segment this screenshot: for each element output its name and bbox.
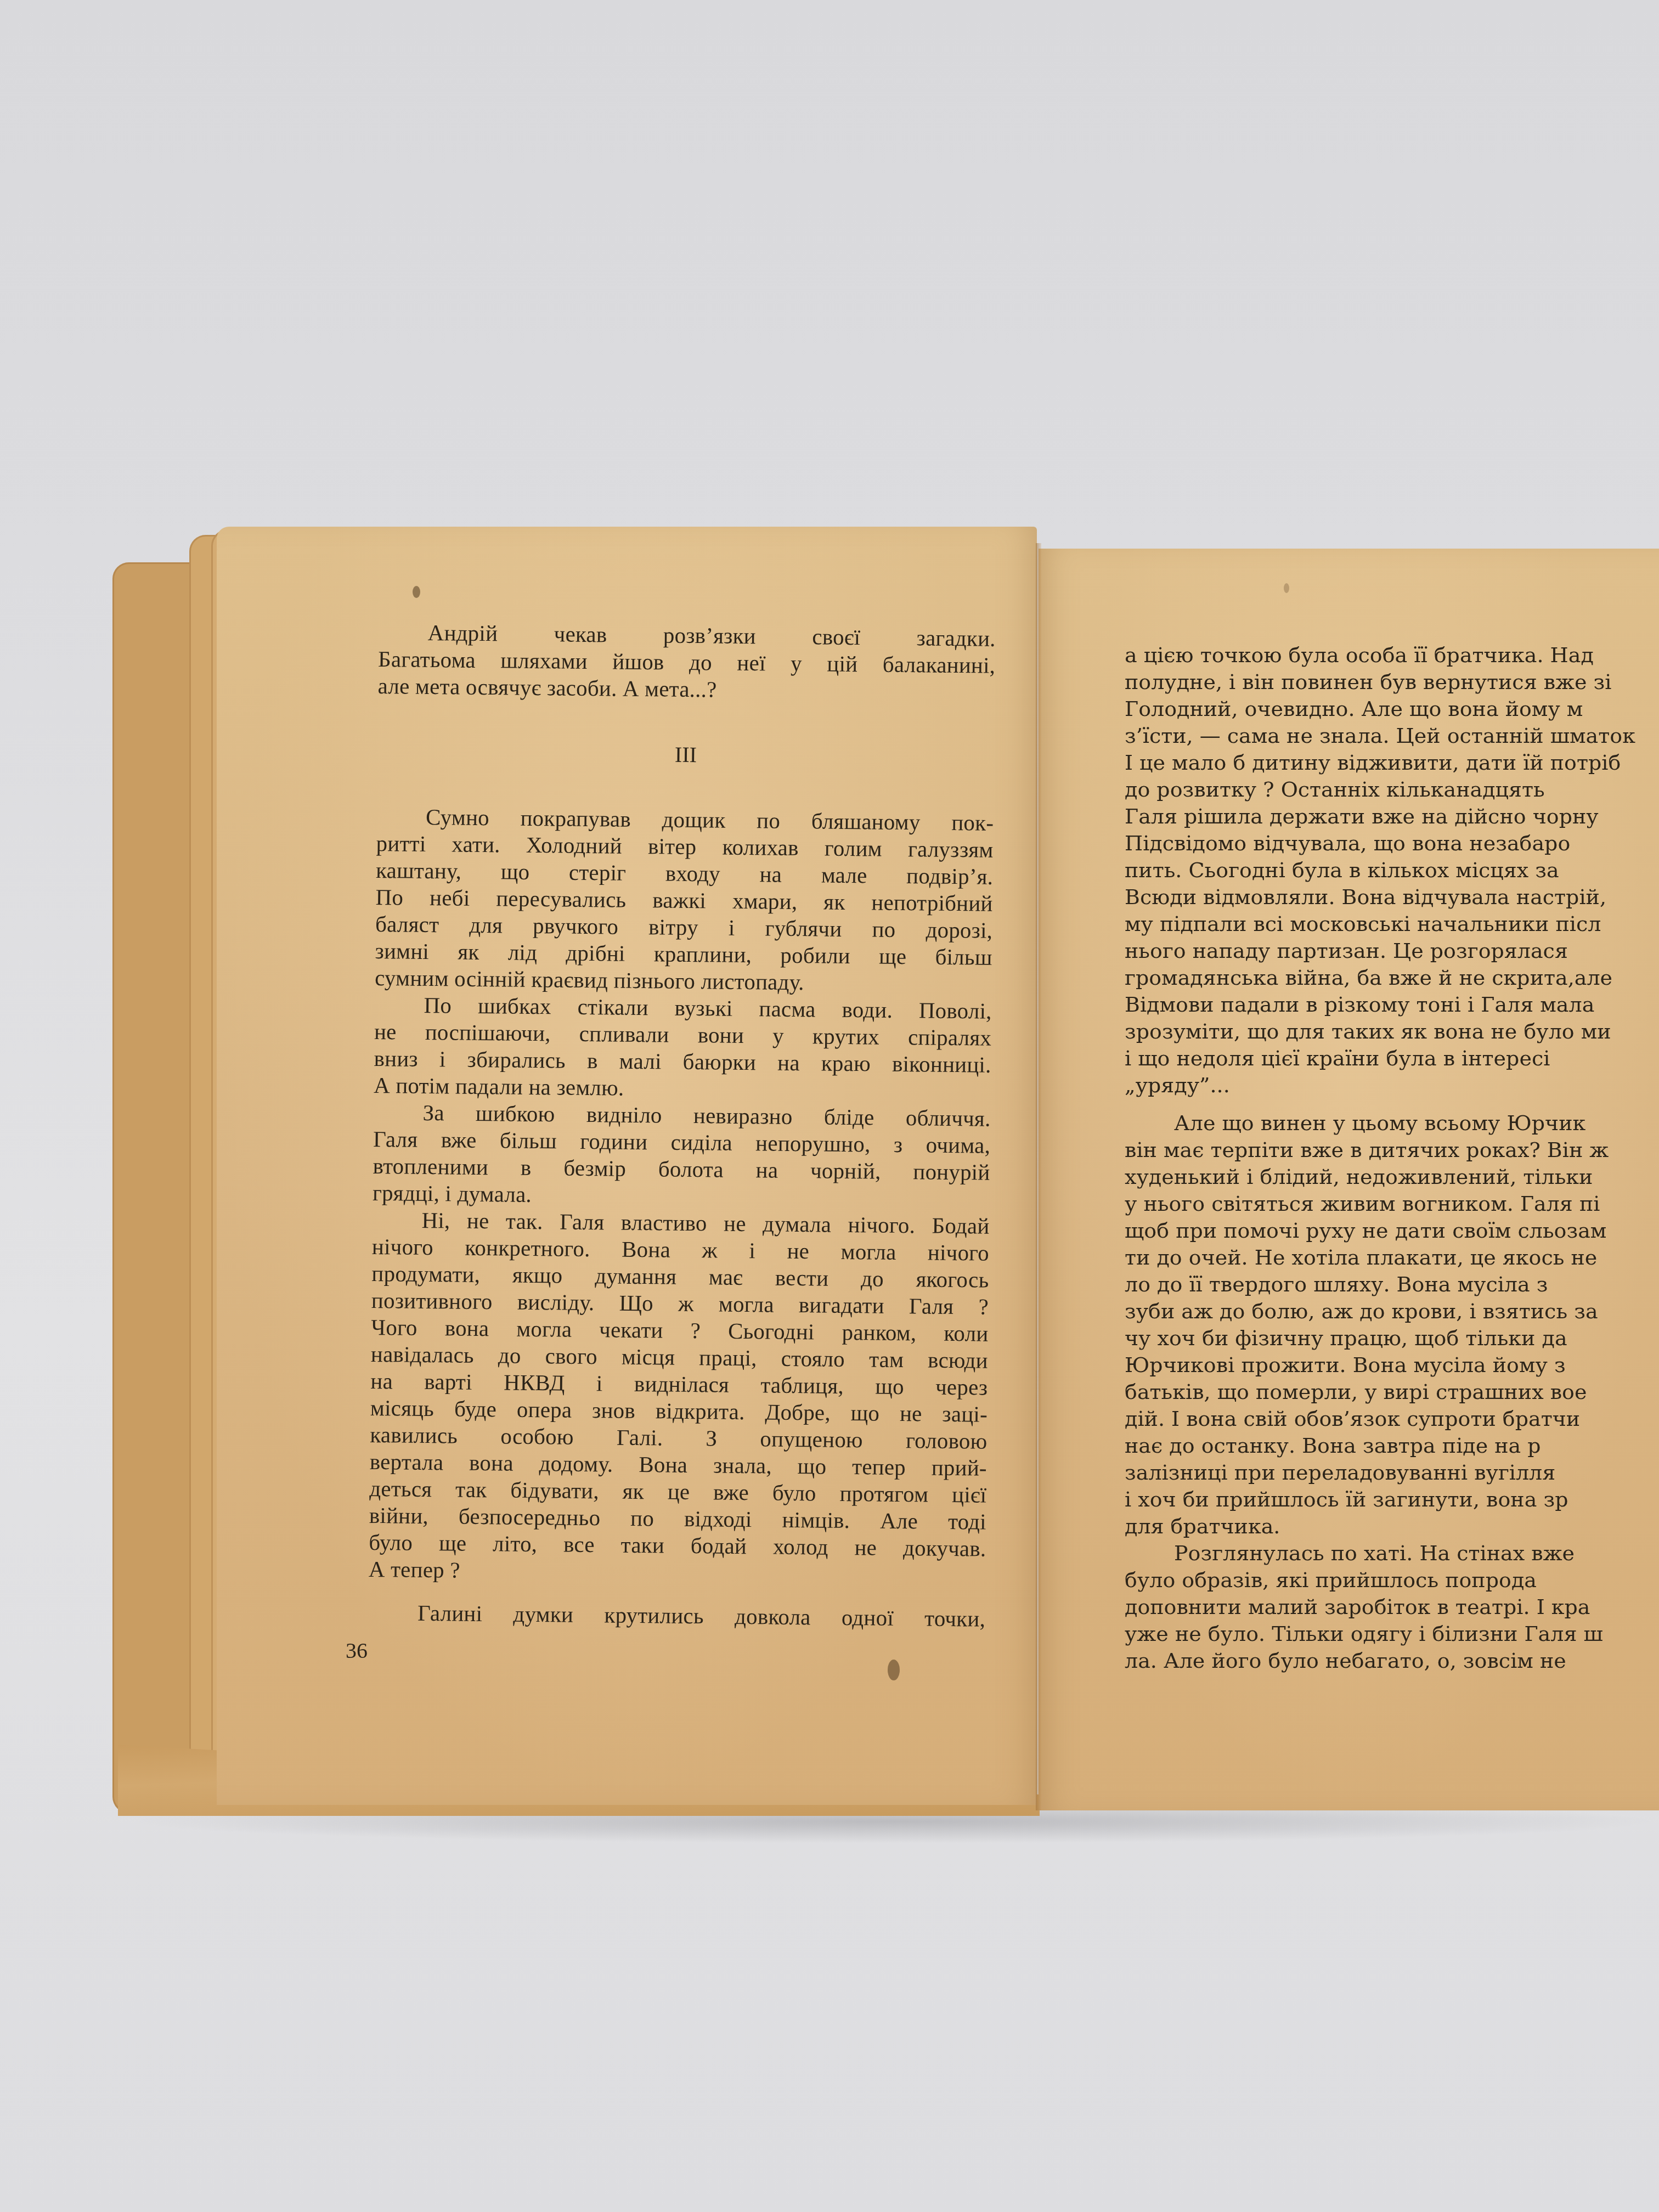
- left-page-text: Андрій чекав розв’язки своєї загадки. Ба…: [368, 619, 996, 1633]
- paragraph: Розглянулась по хаті. На стінах вже було…: [1125, 1540, 1659, 1674]
- text-line: громадянська війна, ба вже й не скрита,а…: [1125, 964, 1659, 991]
- paragraph: Андрій чекав розв’язки своєї загадки. Ба…: [377, 619, 995, 706]
- text-line: щоб при помочі руху не дати своїм сльоза…: [1125, 1217, 1659, 1244]
- text-line: до розвитку ? Останніх кільканадцять: [1125, 776, 1659, 803]
- text-line: уже не було. Тільки одягу і білизни Галя…: [1125, 1621, 1659, 1647]
- text-line: Розглянулась по хаті. На стінах вже: [1125, 1540, 1659, 1567]
- text-line: у нього світяться живим вогником. Галя п…: [1125, 1190, 1659, 1217]
- paragraph: Але що винен у цьому всьому Юрчик він ма…: [1125, 1110, 1659, 1540]
- text-line: „уряду”...: [1125, 1072, 1659, 1099]
- text-line: Підсвідомо відчувала, що вона незабаро: [1125, 830, 1659, 857]
- text-line: ло до її твердого шляху. Вона мусіла з: [1125, 1271, 1659, 1298]
- paragraph: Сумно покрапував дощик по бляшаному пок-…: [375, 803, 994, 998]
- text-line: було образів, які прийшлось попрода: [1125, 1567, 1659, 1594]
- text-line: дій. І вона свій обов’язок супроти братч…: [1125, 1406, 1659, 1432]
- text-line: Відмови падали в різкому тоні і Галя мал…: [1125, 991, 1659, 1018]
- text-line: і хоч би прийшлось їй загинути, вона зр: [1125, 1486, 1659, 1513]
- right-page-text: а цією точкою була особа її братчика. На…: [1125, 642, 1659, 1674]
- text-line: з’їсти, — сама не знала. Цей останній шм…: [1125, 723, 1659, 749]
- chapter-heading: III: [377, 738, 994, 771]
- text-line: нає до останку. Вона завтра піде на р: [1125, 1432, 1659, 1459]
- text-line: Голодний, очевидно. Але що вона йому м: [1125, 696, 1659, 723]
- paper-stain: [413, 586, 420, 598]
- paper-stain: [1284, 583, 1289, 593]
- text-line: а цією точкою була особа її братчика. На…: [1125, 642, 1659, 669]
- page-number: 36: [346, 1638, 368, 1663]
- text-line: худенький і блідий, недоживлений, тільки: [1125, 1164, 1659, 1190]
- text-line: залізниці при переладовуванні вугілля: [1125, 1459, 1659, 1486]
- text-line: ла. Але його було небагато, о, зовсім не: [1125, 1647, 1659, 1674]
- book-gutter: [1036, 543, 1041, 1810]
- text-line: І це мало б дитину відживити, дати їй по…: [1125, 749, 1659, 776]
- text-line: батьків, що померли, у вирі страшних вое: [1125, 1379, 1659, 1406]
- paragraph: Ні, не так. Галя властиво не думала нічо…: [369, 1206, 990, 1589]
- text-line: для братчика.: [1125, 1513, 1659, 1540]
- text-line: він має терпіти вже в дитячих роках? Він…: [1125, 1137, 1659, 1164]
- text-line: Всюди відмовляли. Вона відчувала настрій…: [1125, 884, 1659, 911]
- text-line: нього нападу партизан. Це розгорялася: [1125, 938, 1659, 964]
- text-line: зрозуміти, що для таких як вона не було …: [1125, 1018, 1659, 1045]
- text-line: пить. Сьогодні була в кількох місцях за: [1125, 857, 1659, 884]
- text-line: Юрчикові прожити. Вона мусіла йому з: [1125, 1352, 1659, 1379]
- text-line: му підпали всі московські начальники піс…: [1125, 911, 1659, 938]
- paragraph: а цією точкою була особа її братчика. На…: [1125, 642, 1659, 1099]
- text-line: Галя рішила держати вже на дійсно чорну: [1125, 803, 1659, 830]
- text-line: доповнити малий заробіток в театрі. І кр…: [1125, 1594, 1659, 1621]
- paragraph: По шибках стікали вузькі пасма води. Пов…: [374, 991, 992, 1105]
- text-line: чу хоч би фізичну працю, щоб тільки да: [1125, 1325, 1659, 1352]
- open-book: Андрій чекав розв’язки своєї загадки. Ба…: [0, 0, 1659, 2212]
- text-line: зуби аж до болю, аж до крови, і взятись …: [1125, 1298, 1659, 1325]
- text-line: і що недоля цієї країни була в інтересі: [1125, 1045, 1659, 1072]
- paragraph: За шибкою видніло невиразно бліде обличч…: [373, 1099, 991, 1213]
- text-line: Але що винен у цьому всьому Юрчик: [1125, 1110, 1659, 1137]
- text-line: полудне, і він повинен був вернутися вже…: [1125, 669, 1659, 696]
- paper-stain: [888, 1660, 900, 1680]
- text-line: ти до очей. Не хотіла плакати, це якось …: [1125, 1244, 1659, 1271]
